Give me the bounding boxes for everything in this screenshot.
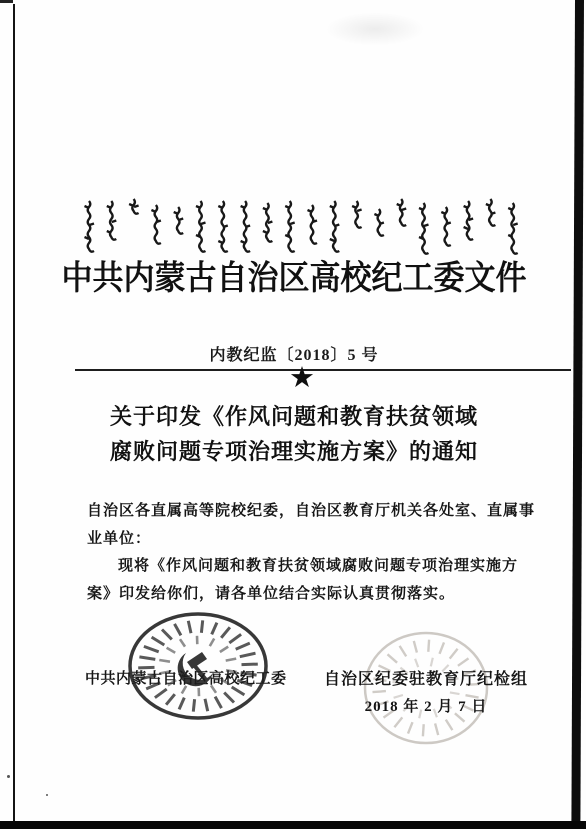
doc-title: 关于印发《作风问题和教育扶贫领域 腐败问题专项治理实施方案》的通知 <box>14 399 574 469</box>
scan-edge-top-left <box>0 0 13 3</box>
body-text: 自治区各直属高等院校纪委，自治区教育厅机关各处室、直属事 业单位： 现将《作风问… <box>87 498 543 608</box>
official-seal-right <box>360 630 492 755</box>
scan-speck <box>7 775 10 778</box>
signature-right: 自治区纪委驻教育厅纪检组 <box>320 666 532 689</box>
star-icon: ★ <box>272 361 332 393</box>
doc-title-line-1: 关于印发《作风问题和教育扶贫领域 <box>14 399 574 434</box>
scanned-document-page: 中共内蒙古自治区高校纪工委文件 内教纪监〔2018〕5 号 ★ 关于印发《作风问… <box>0 0 586 829</box>
signature-date: 2018 年 2 月 7 日 <box>320 695 532 716</box>
body-paragraph-line-2: 案》印发给你们，请各单位结合实际认真贯彻落实。 <box>87 581 543 609</box>
scan-smudge <box>325 12 425 46</box>
body-paragraph-line-1: 现将《作风问题和教育扶贫领域腐败问题专项治理实施方 <box>87 553 543 581</box>
doc-title-line-2: 腐败问题专项治理实施方案》的通知 <box>14 434 574 469</box>
scan-edge-bottom <box>0 821 586 829</box>
scan-speck <box>46 794 48 796</box>
mongolian-script-header <box>82 197 524 259</box>
masthead-title: 中共内蒙古自治区高校纪工委文件 <box>14 252 574 304</box>
official-seal-left <box>124 609 272 728</box>
salutation-line-1: 自治区各直属高等院校纪委，自治区教育厅机关各处室、直属事 <box>87 498 543 526</box>
salutation-line-2: 业单位： <box>87 526 543 554</box>
